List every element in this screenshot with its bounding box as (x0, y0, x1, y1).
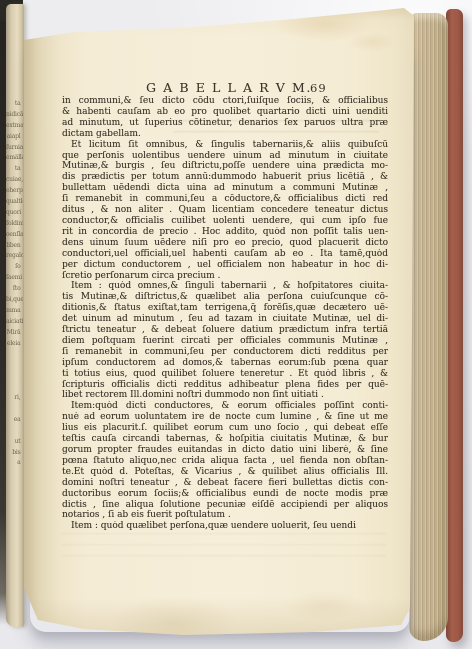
edge-text-fragment: aiapl (6, 132, 23, 143)
edge-text-fragment: nidicā (6, 110, 23, 121)
edge-text-fragment: liben (6, 241, 23, 252)
text-line: ſtrictu teneatur , & debeat ſoluere dati… (62, 325, 388, 336)
text-line: dictam gabellam. (62, 129, 388, 140)
edge-text-fragment: extma (6, 121, 23, 132)
text-line: que perſonis uolentibus uendere uinum ad… (62, 151, 388, 162)
running-title: G A B E L L A R V M. (146, 80, 312, 95)
facing-page-text-fragments: ta co-nidicāextmaaiaplſurniaemällata que… (6, 99, 23, 480)
edge-text-fragment (6, 371, 23, 382)
text-line: & habenti cauſam ab eo pro quolibet quar… (62, 107, 388, 118)
edge-text-fragment: ſoldini (6, 219, 23, 230)
edge-text-fragment: regalo- (6, 251, 23, 262)
edge-text-fragment: a (6, 458, 23, 469)
text-line: domini noſtri teneatur , & debeat facere… (62, 478, 388, 489)
text-line: dis prædictis per totum annū:dummodo hab… (62, 172, 388, 183)
edge-text-fragment (6, 349, 23, 360)
edge-text-fragment: eherp (6, 186, 23, 197)
edge-text-fragment: aiciati (6, 317, 23, 328)
edge-text-fragment: ta co- (6, 99, 23, 110)
text-line: gorum propter fraudes euitandas in dicto… (62, 445, 388, 456)
page-number: 69 (310, 81, 327, 95)
text-line: Et licitum ſit omnibus, & ſingulis taber… (62, 140, 388, 151)
text-line: notarios , ſi ab eis fuerit poſtulatum . (62, 510, 388, 521)
text-line: ti totius eius, quod quilibet ſoluere te… (62, 369, 388, 380)
edge-text-fragment: bi,que (6, 295, 23, 306)
text-line: ſi remanebit in communi,ſeu per conducto… (62, 347, 388, 358)
text-line: Item:quòd dicti conductores, & eorum off… (62, 401, 388, 412)
text-line: ſcripturis officialis dicti redditus adh… (62, 380, 388, 391)
page-header: G A B E L L A R V M. 69 (62, 80, 388, 96)
text-line: ductoribus eorum ſociis;& officialibus e… (62, 489, 388, 500)
edge-text-fragment (6, 404, 23, 415)
edge-text-fragment: eleia (6, 339, 23, 350)
facing-page-edge: ta co-nidicāextmaaiaplſurniaemällata que… (6, 4, 24, 627)
text-line: tis Mutinæ,& diſtrictus,& quælibet alia … (62, 292, 388, 303)
text-line: libet rectorem Ill.domini noſtri dummodo… (62, 390, 388, 401)
edge-text-fragment: ſurnia (6, 143, 23, 154)
text-line: rit in concordia de precio . Hoc addito,… (62, 227, 388, 238)
edge-text-fragment: ut (6, 437, 23, 448)
edge-text-fragment: ſaemi (6, 273, 23, 284)
text-line: lius eis placurit.ſ. quilibet eorum cum … (62, 423, 388, 434)
text-line: nuè ad eorum uoluntatem ire de nocte cum… (62, 412, 388, 423)
text-line: bullettam uēdendi dicta uina ad minutum … (62, 183, 388, 194)
text-line: ad minutum, ut ſuperius cōtinetur, denar… (62, 118, 388, 129)
text-line: ipſum conductorem ad domos,& tabernas eo… (62, 358, 388, 369)
text-line: ſcretio perſonarum circa precium . (62, 271, 388, 282)
text-line: diem poſtquam fuerint circati per offici… (62, 336, 388, 347)
edge-text-fragment (6, 382, 23, 393)
text-block: in communi,& ſeu dicto cōdu ctori,ſuiſqu… (62, 96, 388, 532)
edge-text-fragment: qualtle (6, 197, 23, 208)
edge-text-fragment: ſto to- (6, 284, 23, 295)
text-line: pœna ſtatuto aliquo,nec crida aliqua fac… (62, 456, 388, 467)
edge-text-fragment: ri, (6, 393, 23, 404)
edge-text-fragment: oenſla (6, 230, 23, 241)
text-line: conductori,uel officiali,uel habenti cau… (62, 249, 388, 260)
text-line: dictis , ſine aliqua ſolutione pecuniæ e… (62, 500, 388, 511)
text-line: Mutinæ,& burgis , ſeu diſtrictu,poſſe ue… (62, 161, 388, 172)
edge-text-fragment (6, 469, 23, 480)
edge-text-fragment: ea (6, 415, 23, 426)
edge-text-fragment: emälla (6, 153, 23, 164)
edge-text-fragment: cuiae, (6, 175, 23, 186)
text-line: Item : quòd omnes,& ſinguli tabernarii ,… (62, 281, 388, 292)
edge-text-fragment (6, 360, 23, 371)
text-line: det uinum ad minutum , ſeu ad tazam in c… (62, 314, 388, 325)
edge-text-fragment: quori (6, 208, 23, 219)
text-line: ditus , & non aliter . Quam licentiam co… (62, 205, 388, 216)
text-line: dens uinum ſuum uēdere niſi pro eo preci… (62, 238, 388, 249)
edge-text-fragment: mma (6, 306, 23, 317)
book-page: G A B E L L A R V M. 69 in communi,& ſeu… (24, 8, 414, 642)
text-line: per dictum conductorem , uel officialem … (62, 260, 388, 271)
book-photo: ta co-nidicāextmaaiaplſurniaemällata que… (0, 0, 472, 649)
text-line: te.Et quòd d. Poteſtas, & Vicarius , & q… (62, 467, 388, 478)
edge-text-fragment: ta queri (6, 164, 23, 175)
edge-text-fragment: Mirā (6, 328, 23, 339)
text-line: teſtis cauſa circandi tabernas, & hoſpit… (62, 434, 388, 445)
page-block-fore-edge (409, 13, 448, 641)
verso-show-through (62, 533, 386, 557)
text-line: conductor,& officialis cuilibet uolenti … (62, 216, 388, 227)
text-line: Item : quòd quælibet perſona,quæ uendere… (62, 521, 388, 532)
text-line: ditionis,& ſtatus exiſtat,tam terrigena,… (62, 303, 388, 314)
text-line: ſi remanebit in communi,ſeu a cōductore,… (62, 194, 388, 205)
book-cover-edge (446, 9, 463, 642)
edge-text-fragment: bis (6, 448, 23, 459)
text-line: in communi,& ſeu dicto cōdu ctori,ſuiſqu… (62, 96, 388, 107)
edge-text-fragment (6, 426, 23, 437)
edge-text-fragment: ſo emi (6, 262, 23, 273)
